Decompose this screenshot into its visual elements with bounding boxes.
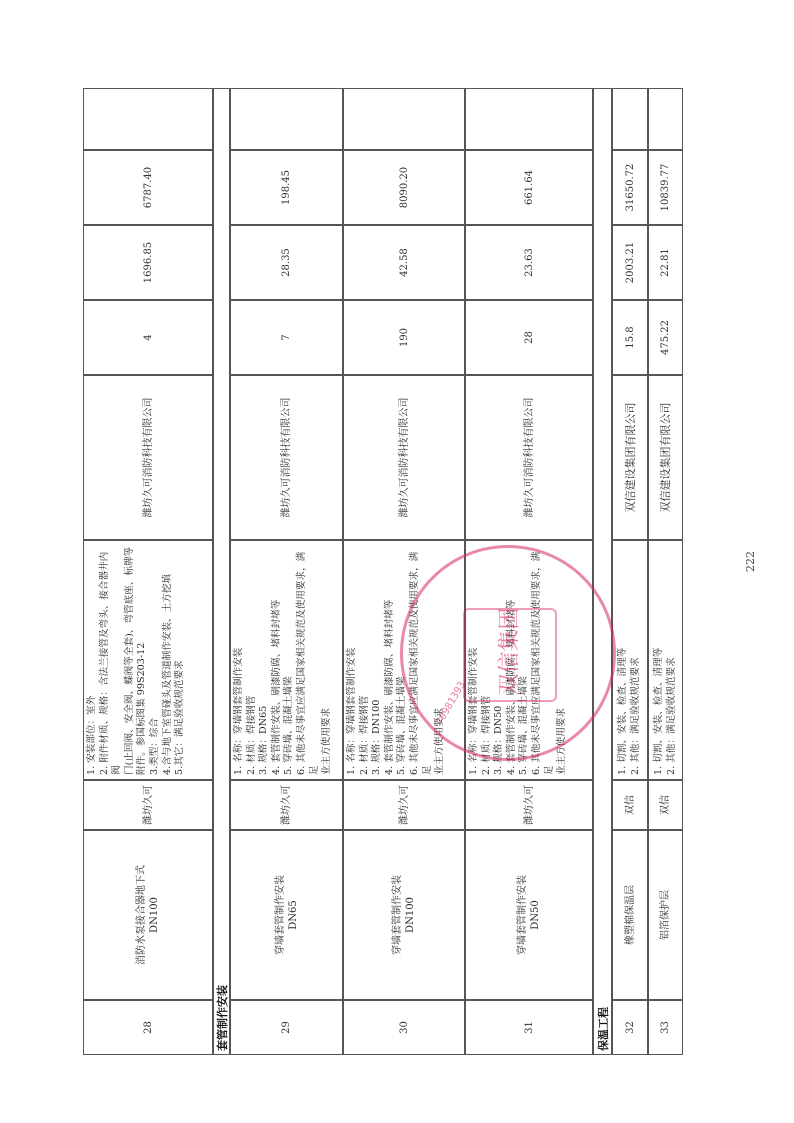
remarks-cell xyxy=(83,88,213,150)
quantity-cell: 475.22 xyxy=(648,300,683,375)
item-name-cell: 消防水泵接合器地下式 DN100 xyxy=(83,830,213,1000)
seq-cell: 33 xyxy=(648,1000,683,1055)
supplier-cell: 潍坊久可消防科技有限公司 xyxy=(465,375,593,540)
quantity-cell: 190 xyxy=(343,300,465,375)
features-cell: 1. 名称：穿墙钢套管制作安装 2. 材质：焊接钢管 3. 规格：DN65 4.… xyxy=(230,540,343,780)
brand-cell: 潍坊久可 xyxy=(83,780,213,830)
supplier-cell: 潍坊久可消防科技有限公司 xyxy=(343,375,465,540)
item-name-cell: 橡塑棉保温层 xyxy=(612,830,648,1000)
features-cell: 1. 切割、安装、检查、清理等 2. 其他：满足验收规范要求 xyxy=(612,540,648,780)
remarks-cell xyxy=(612,88,648,150)
remarks-cell xyxy=(465,88,593,150)
total-price-cell: 6787.40 xyxy=(83,150,213,225)
total-price-cell: 8090.20 xyxy=(343,150,465,225)
page-number: 222 xyxy=(744,551,757,572)
seq-cell: 32 xyxy=(612,1000,648,1055)
quantity-cell: 7 xyxy=(230,300,343,375)
unit-price-cell: 28.35 xyxy=(230,225,343,300)
item-name-cell: 穿墙套管制作安装 DN100 xyxy=(343,830,465,1000)
unit-price-cell: 23.63 xyxy=(465,225,593,300)
brand-cell: 双信 xyxy=(648,780,683,830)
brand-cell: 潍坊久可 xyxy=(343,780,465,830)
unit-price-cell: 2003.21 xyxy=(612,225,648,300)
brand-cell: 双信 xyxy=(612,780,648,830)
supplier-cell: 潍坊久可消防科技有限公司 xyxy=(230,375,343,540)
seq-cell: 29 xyxy=(230,1000,343,1055)
total-price-cell: 31650.72 xyxy=(612,150,648,225)
rotated-table-frame: 28 消防水泵接合器地下式 DN100 潍坊久可 1. 安装部位：室外 2. 附… xyxy=(0,0,794,1123)
quantity-cell: 28 xyxy=(465,300,593,375)
features-cell: 1. 切割、安装、检查、清理等 2. 其他：满足验收规范要求 xyxy=(648,540,683,780)
brand-cell: 潍坊久可 xyxy=(465,780,593,830)
seq-cell: 31 xyxy=(465,1000,593,1055)
item-name-cell: 穿墙套管制作安装 DN50 xyxy=(465,830,593,1000)
supplier-cell: 潍坊久可消防科技有限公司 xyxy=(83,375,213,540)
features-cell: 1. 安装部位：室外 2. 附件材质、规格：含法兰接管及弯头、接合器井内阀 门(… xyxy=(83,540,213,780)
total-price-cell: 10839.77 xyxy=(648,150,683,225)
remarks-cell xyxy=(343,88,465,150)
brand-cell: 潍坊久可 xyxy=(230,780,343,830)
unit-price-cell: 1696.85 xyxy=(83,225,213,300)
features-cell: 1. 名称：穿墙钢套管制作安装 2. 材质：焊接钢管 3. 规格：DN100 4… xyxy=(343,540,465,780)
section-header-insulation: 保温工程 xyxy=(593,88,612,1055)
remarks-cell xyxy=(230,88,343,150)
total-price-cell: 198.45 xyxy=(230,150,343,225)
total-price-cell: 661.64 xyxy=(465,150,593,225)
unit-price-cell: 42.58 xyxy=(343,225,465,300)
unit-price-cell: 22.81 xyxy=(648,225,683,300)
remarks-cell xyxy=(648,88,683,150)
section-header-sleeve: 套管制作安装 xyxy=(213,88,230,1055)
item-name-cell: 铝箔保护层 xyxy=(648,830,683,1000)
seq-cell: 30 xyxy=(343,1000,465,1055)
seq-cell: 28 xyxy=(83,1000,213,1055)
quantity-cell: 4 xyxy=(83,300,213,375)
supplier-cell: 双信建设集团有限公司 xyxy=(612,375,648,540)
item-name-cell: 穿墙套管制作安装 DN65 xyxy=(230,830,343,1000)
supplier-cell: 双信建设集团有限公司 xyxy=(648,375,683,540)
features-cell: 1. 名称：穿墙钢套管制作安装 2. 材质：焊接钢管 3. 规格：DN50 4.… xyxy=(465,540,593,780)
quantity-cell: 15.8 xyxy=(612,300,648,375)
